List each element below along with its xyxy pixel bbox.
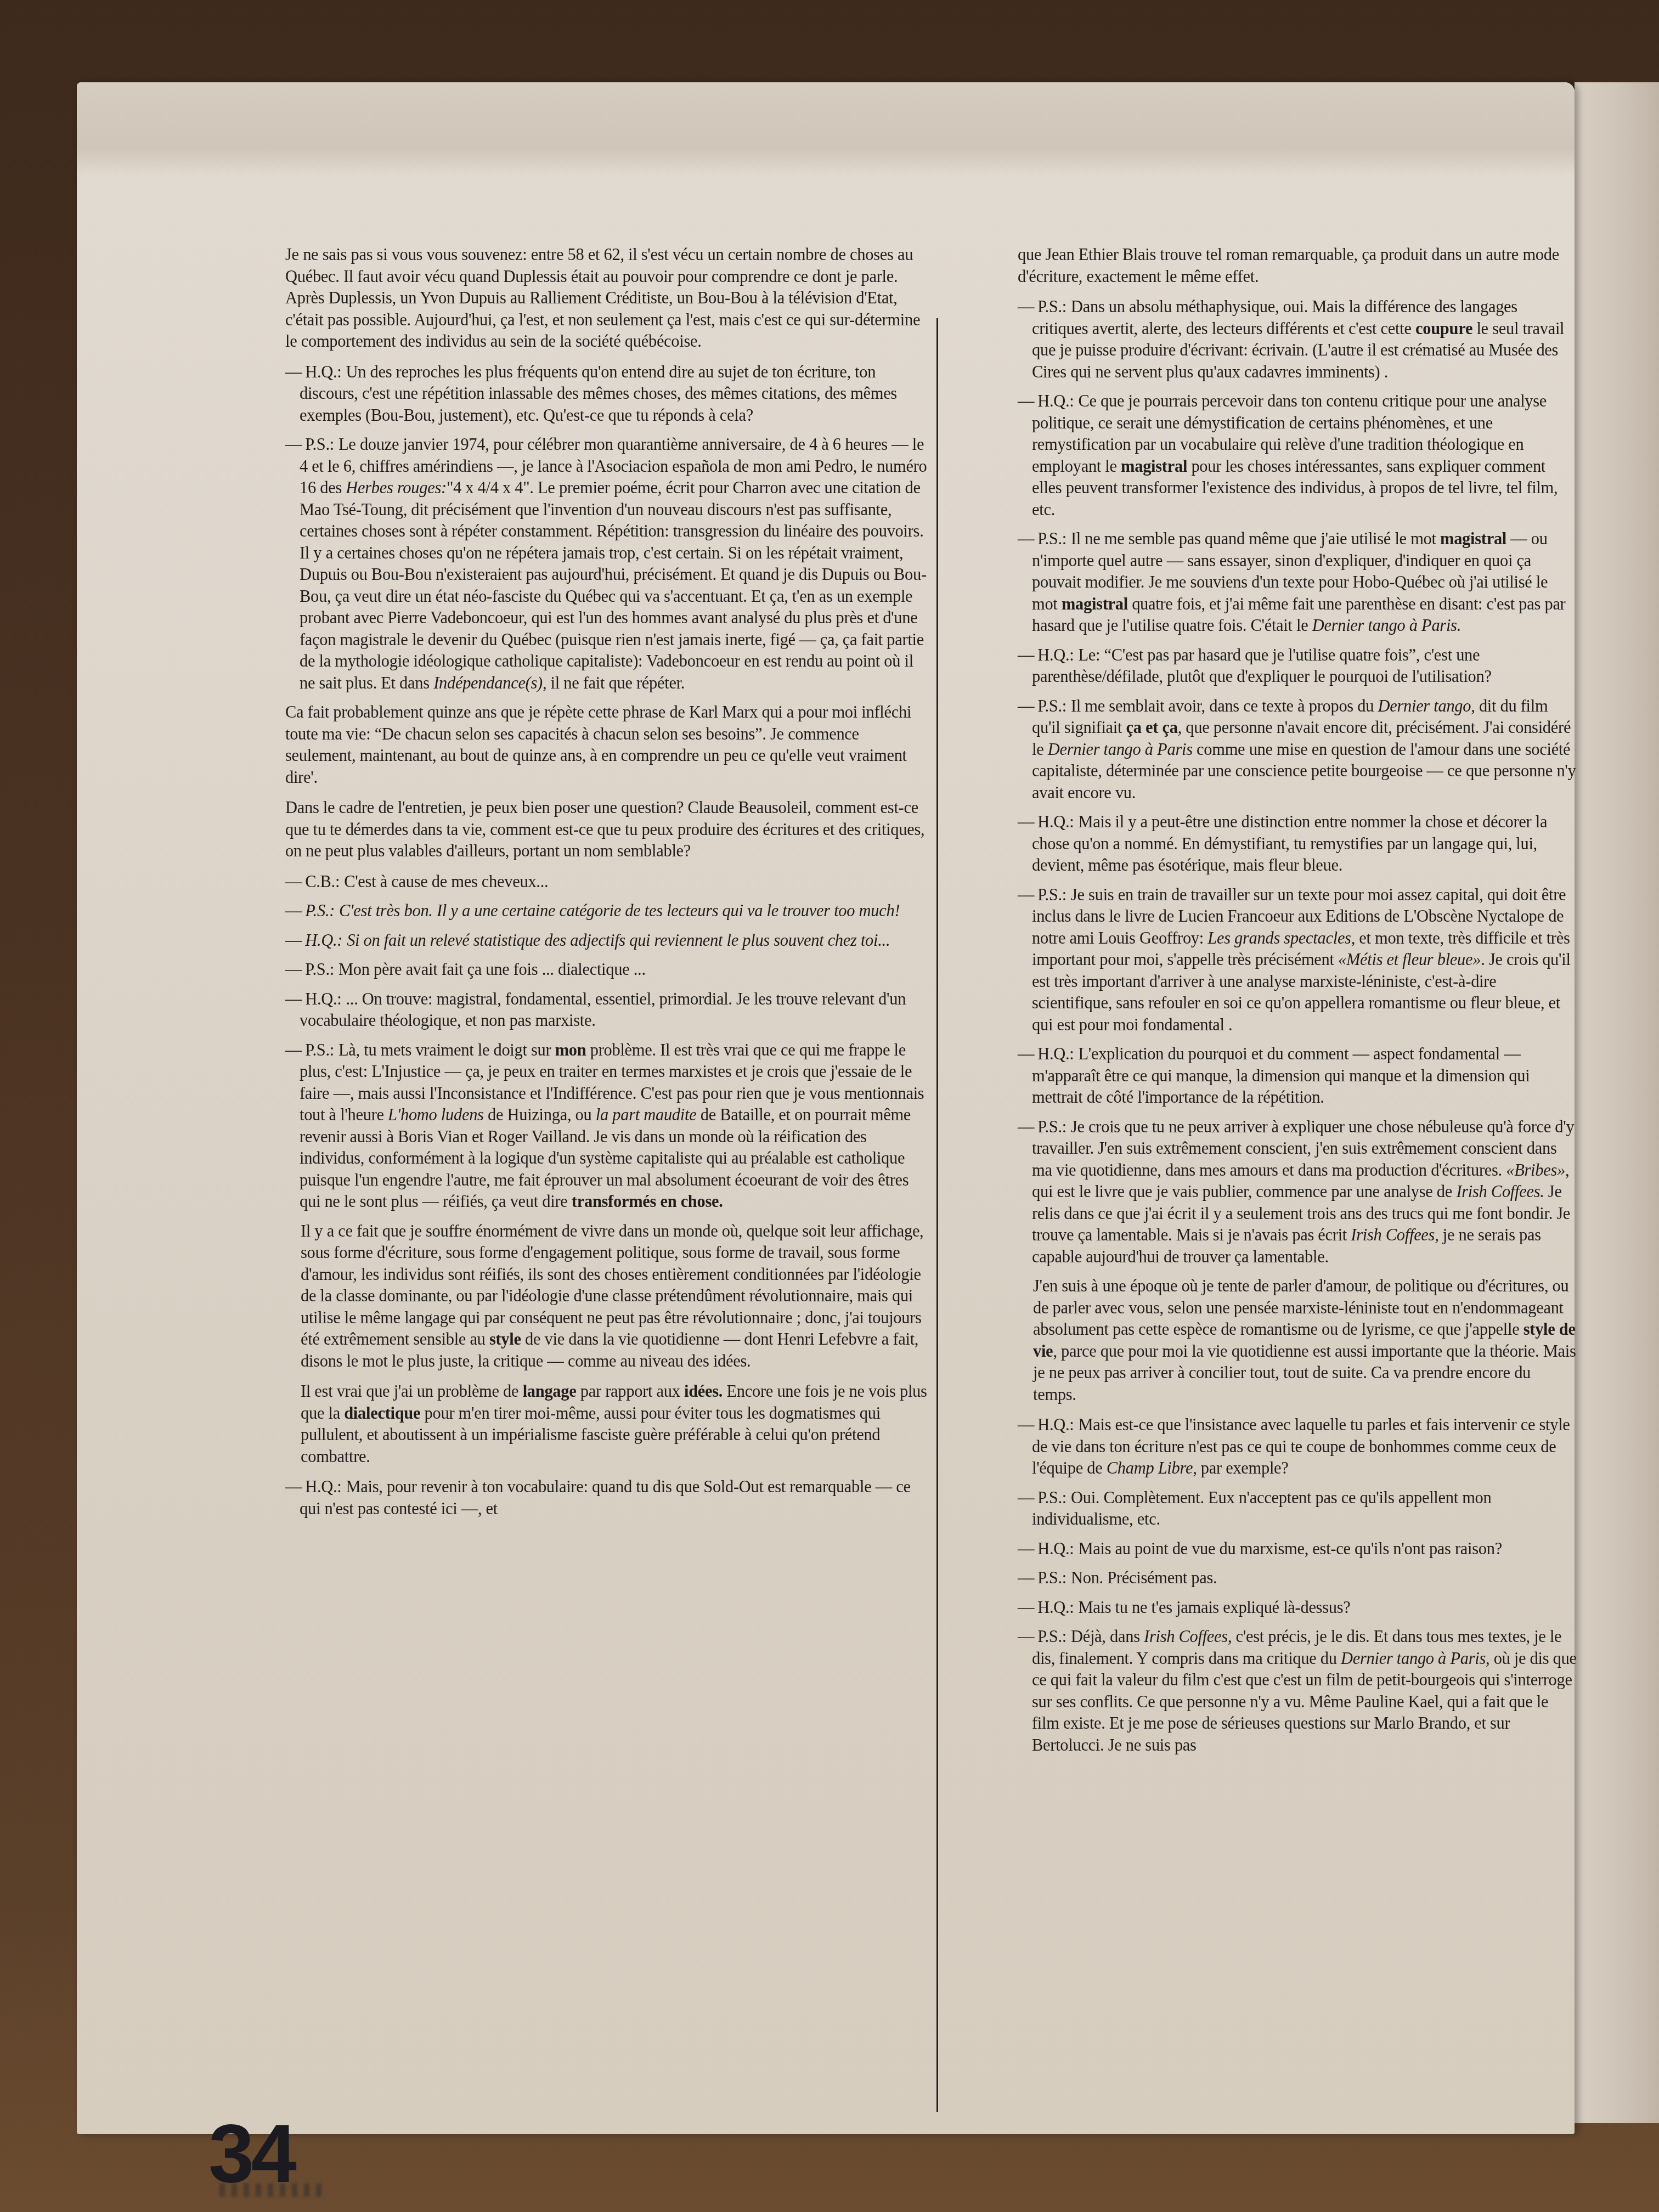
- speaker-label: P.S.:: [1037, 1568, 1066, 1587]
- body-text: que Jean Ethier Blais trouve tel roman r…: [1018, 245, 1559, 286]
- italic-text: Champ Libre: [1107, 1459, 1193, 1477]
- body-text: C'est à cause de mes cheveux...: [344, 872, 548, 891]
- page-number: 34: [208, 2112, 294, 2194]
- speaker-label: H.Q.:: [305, 931, 342, 950]
- turn-dash: —: [1018, 529, 1034, 548]
- turn-dash: —: [285, 1477, 302, 1496]
- turn-dash: —: [1018, 297, 1034, 316]
- ink-smudge: [219, 2183, 324, 2197]
- dialogue-turn: —P.S.:Non. Précisément pas.: [1018, 1567, 1577, 1589]
- body-text: Ca fait probablement quinze ans que je r…: [285, 703, 911, 787]
- body-text: Déjà, dans: [1071, 1627, 1144, 1646]
- body-text: Mais au point de vue du marxisme, est-ce…: [1078, 1539, 1502, 1558]
- dialogue-turn: —H.Q.:Si on fait un relevé statistique d…: [285, 930, 933, 952]
- body-text: Dans le cadre de l'entretien, je peux bi…: [285, 798, 924, 860]
- italic-text: Dernier tango,: [1378, 697, 1475, 715]
- turn-dash: —: [1018, 1598, 1034, 1617]
- dialogue-turn: —P.S.:Il me semblait avoir, dans ce text…: [1018, 696, 1577, 804]
- underlying-pages: [1575, 82, 1659, 2123]
- turn-dash: —: [1018, 1045, 1034, 1063]
- column-divider: [936, 318, 938, 2112]
- dialogue-turn: —H.Q.:Mais est-ce que l'insistance avec …: [1018, 1414, 1577, 1480]
- paragraph: Il y a ce fait que je souffre énormément…: [285, 1221, 933, 1373]
- turn-dash: —: [1018, 1627, 1034, 1646]
- italic-text: «Métis et fleur bleue»: [1338, 950, 1481, 969]
- speaker-label: H.Q.:: [1037, 392, 1074, 410]
- body-text: Oui. Complètement. Eux n'acceptent pas c…: [1032, 1488, 1492, 1529]
- turn-dash: —: [1018, 1568, 1034, 1587]
- dialogue-turn: —P.S.:Là, tu mets vraiment le doigt sur …: [285, 1040, 933, 1213]
- turn-dash: —: [1018, 392, 1034, 410]
- dialogue-turn: —H.Q.:Ce que je pourrais percevoir dans …: [1018, 391, 1577, 521]
- italic-text: Herbes rouges:: [346, 478, 447, 497]
- dialogue-turn: —P.S.:Il ne me semble pas quand même que…: [1018, 528, 1577, 637]
- body-text: Non. Précisément pas.: [1071, 1568, 1217, 1587]
- italic-text: L'homo ludens: [388, 1105, 484, 1124]
- italic-text: C'est très bon. Il y a une certaine caté…: [339, 901, 900, 920]
- italic-text: Irish Coffees,: [1351, 1226, 1438, 1244]
- dialogue-turn: —H.Q.:Mais, pour revenir à ton vocabulai…: [285, 1476, 933, 1520]
- turn-dash: —: [285, 990, 302, 1008]
- paragraph: Ca fait probablement quinze ans que je r…: [285, 702, 933, 788]
- italic-text: Indépendance(s),: [433, 674, 546, 692]
- italic-text: Si on fait un relevé statistique des adj…: [347, 931, 890, 950]
- body-text: Mais tu ne t'es jamais expliqué là-dessu…: [1078, 1598, 1350, 1617]
- italic-text: Dernier tango à Paris: [1341, 1649, 1486, 1668]
- body-text: ... On trouve: magistral, fondamental, e…: [300, 990, 906, 1030]
- right-column: que Jean Ethier Blais trouve tel roman r…: [1018, 244, 1577, 1764]
- dialogue-turn: —H.Q.:... On trouve: magistral, fondamen…: [285, 989, 933, 1032]
- body-text: il ne fait que répéter.: [546, 674, 685, 692]
- bold-text: style: [489, 1330, 521, 1348]
- paragraph: Je ne sais pas si vous vous souvenez: en…: [285, 244, 933, 353]
- speaker-label: H.Q.:: [305, 1477, 341, 1496]
- body-text: Il est vrai que j'ai un problème de: [301, 1382, 523, 1401]
- bold-text: mon: [555, 1041, 586, 1059]
- body-text: "4 x 4/4 x 4". Le premier poéme, écrit p…: [300, 478, 927, 692]
- speaker-label: P.S.:: [1037, 1627, 1066, 1646]
- turn-dash: —: [1018, 885, 1034, 904]
- paragraph: Dans le cadre de l'entretien, je peux bi…: [285, 797, 933, 862]
- body-text: Je crois que tu ne peux arriver à expliq…: [1032, 1118, 1574, 1180]
- bold-text: langage: [523, 1382, 577, 1401]
- dialogue-turn: —P.S.:C'est très bon. Il y a une certain…: [285, 900, 933, 922]
- body-text: par rapport aux: [577, 1382, 684, 1401]
- body-text: Un des reproches les plus fréquents qu'o…: [300, 363, 897, 425]
- speaker-label: H.Q.:: [1037, 1598, 1074, 1617]
- speaker-label: P.S.:: [1037, 297, 1066, 316]
- italic-text: «Bribes»: [1506, 1161, 1565, 1180]
- bold-text: ça et ça: [1126, 718, 1178, 737]
- body-text: , parce que pour moi la vie quotidienne …: [1033, 1342, 1576, 1404]
- speaker-label: H.Q.:: [1037, 646, 1074, 664]
- bold-text: dialectique: [344, 1404, 420, 1423]
- dialogue-turn: —H.Q.:Mais il y a peut-être une distinct…: [1018, 811, 1577, 877]
- dialogue-turn: —P.S.:Le douze janvier 1974, pour célébr…: [285, 434, 933, 694]
- body-text: de Huizinga, ou: [484, 1105, 596, 1124]
- newspaper-page: Je ne sais pas si vous vous souvenez: en…: [77, 82, 1575, 2134]
- speaker-label: P.S.:: [1037, 1488, 1066, 1507]
- bold-text: magistral: [1440, 529, 1506, 548]
- turn-dash: —: [1018, 1415, 1034, 1434]
- left-column: Je ne sais pas si vous vous souvenez: en…: [285, 244, 933, 1527]
- paragraph: Il est vrai que j'ai un problème de lang…: [285, 1381, 933, 1468]
- italic-text: Dernier tango à Paris: [1048, 740, 1193, 759]
- speaker-label: P.S.:: [305, 435, 334, 454]
- dialogue-turn: —P.S.:Dans un absolu méthaphysique, oui.…: [1018, 296, 1577, 383]
- turn-dash: —: [285, 363, 302, 381]
- italic-text: Irish Coffees.: [1456, 1182, 1544, 1201]
- dialogue-turn: —P.S.:Je crois que tu ne peux arriver à …: [1018, 1116, 1577, 1268]
- italic-text: Irish Coffees: [1144, 1627, 1228, 1646]
- speaker-label: P.S.:: [1037, 885, 1066, 904]
- speaker-label: P.S.:: [305, 901, 335, 920]
- speaker-label: H.Q.:: [1037, 1415, 1074, 1434]
- speaker-label: C.B.:: [305, 872, 340, 891]
- turn-dash: —: [285, 872, 302, 891]
- dialogue-turn: —P.S.:Mon père avait fait ça une fois ..…: [285, 959, 933, 981]
- speaker-label: P.S.:: [1037, 1118, 1066, 1136]
- dialogue-turn: —H.Q.:Mais tu ne t'es jamais expliqué là…: [1018, 1597, 1577, 1619]
- turn-dash: —: [1018, 1488, 1034, 1507]
- turn-dash: —: [285, 960, 302, 979]
- turn-dash: —: [1018, 1118, 1034, 1136]
- speaker-label: H.Q.:: [305, 363, 341, 381]
- speaker-label: H.Q.:: [1037, 812, 1074, 831]
- bold-text: coupure: [1415, 319, 1472, 338]
- italic-text: Dernier tango à Paris.: [1312, 616, 1461, 635]
- dialogue-turn: —H.Q.:Un des reproches les plus fréquent…: [285, 362, 933, 427]
- speaker-label: P.S.:: [1037, 697, 1066, 715]
- dialogue-turn: —P.S.:Je suis en train de travailler sur…: [1018, 884, 1577, 1036]
- turn-dash: —: [285, 1041, 302, 1059]
- body-text: Je ne sais pas si vous vous souvenez: en…: [285, 245, 920, 351]
- italic-text: Les grands spectacles,: [1207, 929, 1355, 947]
- body-text: Le: “C'est pas par hasard que je l'utili…: [1032, 646, 1492, 686]
- turn-dash: —: [1018, 1539, 1034, 1558]
- body-text: Il ne me semble pas quand même que j'aie…: [1071, 529, 1440, 548]
- turn-dash: —: [1018, 646, 1034, 664]
- italic-text: la part maudite: [596, 1105, 697, 1124]
- dialogue-turn: —H.Q.:Le: “C'est pas par hasard que je l…: [1018, 645, 1577, 688]
- dialogue-turn: —P.S.:Oui. Complètement. Eux n'acceptent…: [1018, 1487, 1577, 1531]
- body-text: Mais, pour revenir à ton vocabulaire: qu…: [300, 1477, 911, 1518]
- paragraph: J'en suis à une époque où je tente de pa…: [1018, 1276, 1577, 1406]
- body-text: Là, tu mets vraiment le doigt sur: [338, 1041, 555, 1059]
- turn-dash: —: [1018, 812, 1034, 831]
- body-text: Il me semblait avoir, dans ce texte à pr…: [1071, 697, 1378, 715]
- paragraph: que Jean Ethier Blais trouve tel roman r…: [1018, 244, 1577, 287]
- speaker-label: H.Q.:: [1037, 1539, 1074, 1558]
- body-text: , par exemple?: [1193, 1459, 1288, 1477]
- body-text: Mais il y a peut-être une distinction en…: [1032, 812, 1547, 874]
- turn-dash: —: [285, 931, 302, 950]
- bold-text: magistral: [1062, 595, 1128, 613]
- body-text: L'explication du pourquoi et du comment …: [1032, 1045, 1530, 1107]
- turn-dash: —: [285, 435, 302, 454]
- speaker-label: P.S.:: [305, 1041, 334, 1059]
- turn-dash: —: [285, 901, 302, 920]
- speaker-label: P.S.:: [1037, 529, 1066, 548]
- dialogue-turn: —P.S.:Déjà, dans Irish Coffees, c'est pr…: [1018, 1626, 1577, 1756]
- bold-text: idées.: [684, 1382, 723, 1401]
- dialogue-turn: —H.Q.:Mais au point de vue du marxisme, …: [1018, 1538, 1577, 1560]
- body-text: Mon père avait fait ça une fois ... dial…: [338, 960, 646, 979]
- bold-text: transformés en chose.: [572, 1192, 723, 1211]
- speaker-label: P.S.:: [305, 960, 334, 979]
- bold-text: magistral: [1121, 457, 1187, 476]
- speaker-label: H.Q.:: [305, 990, 341, 1008]
- turn-dash: —: [1018, 697, 1034, 715]
- body-text: J'en suis à une époque où je tente de pa…: [1033, 1277, 1568, 1339]
- dialogue-turn: —C.B.:C'est à cause de mes cheveux...: [285, 871, 933, 893]
- dialogue-turn: —H.Q.:L'explication du pourquoi et du co…: [1018, 1043, 1577, 1109]
- speaker-label: H.Q.:: [1037, 1045, 1074, 1063]
